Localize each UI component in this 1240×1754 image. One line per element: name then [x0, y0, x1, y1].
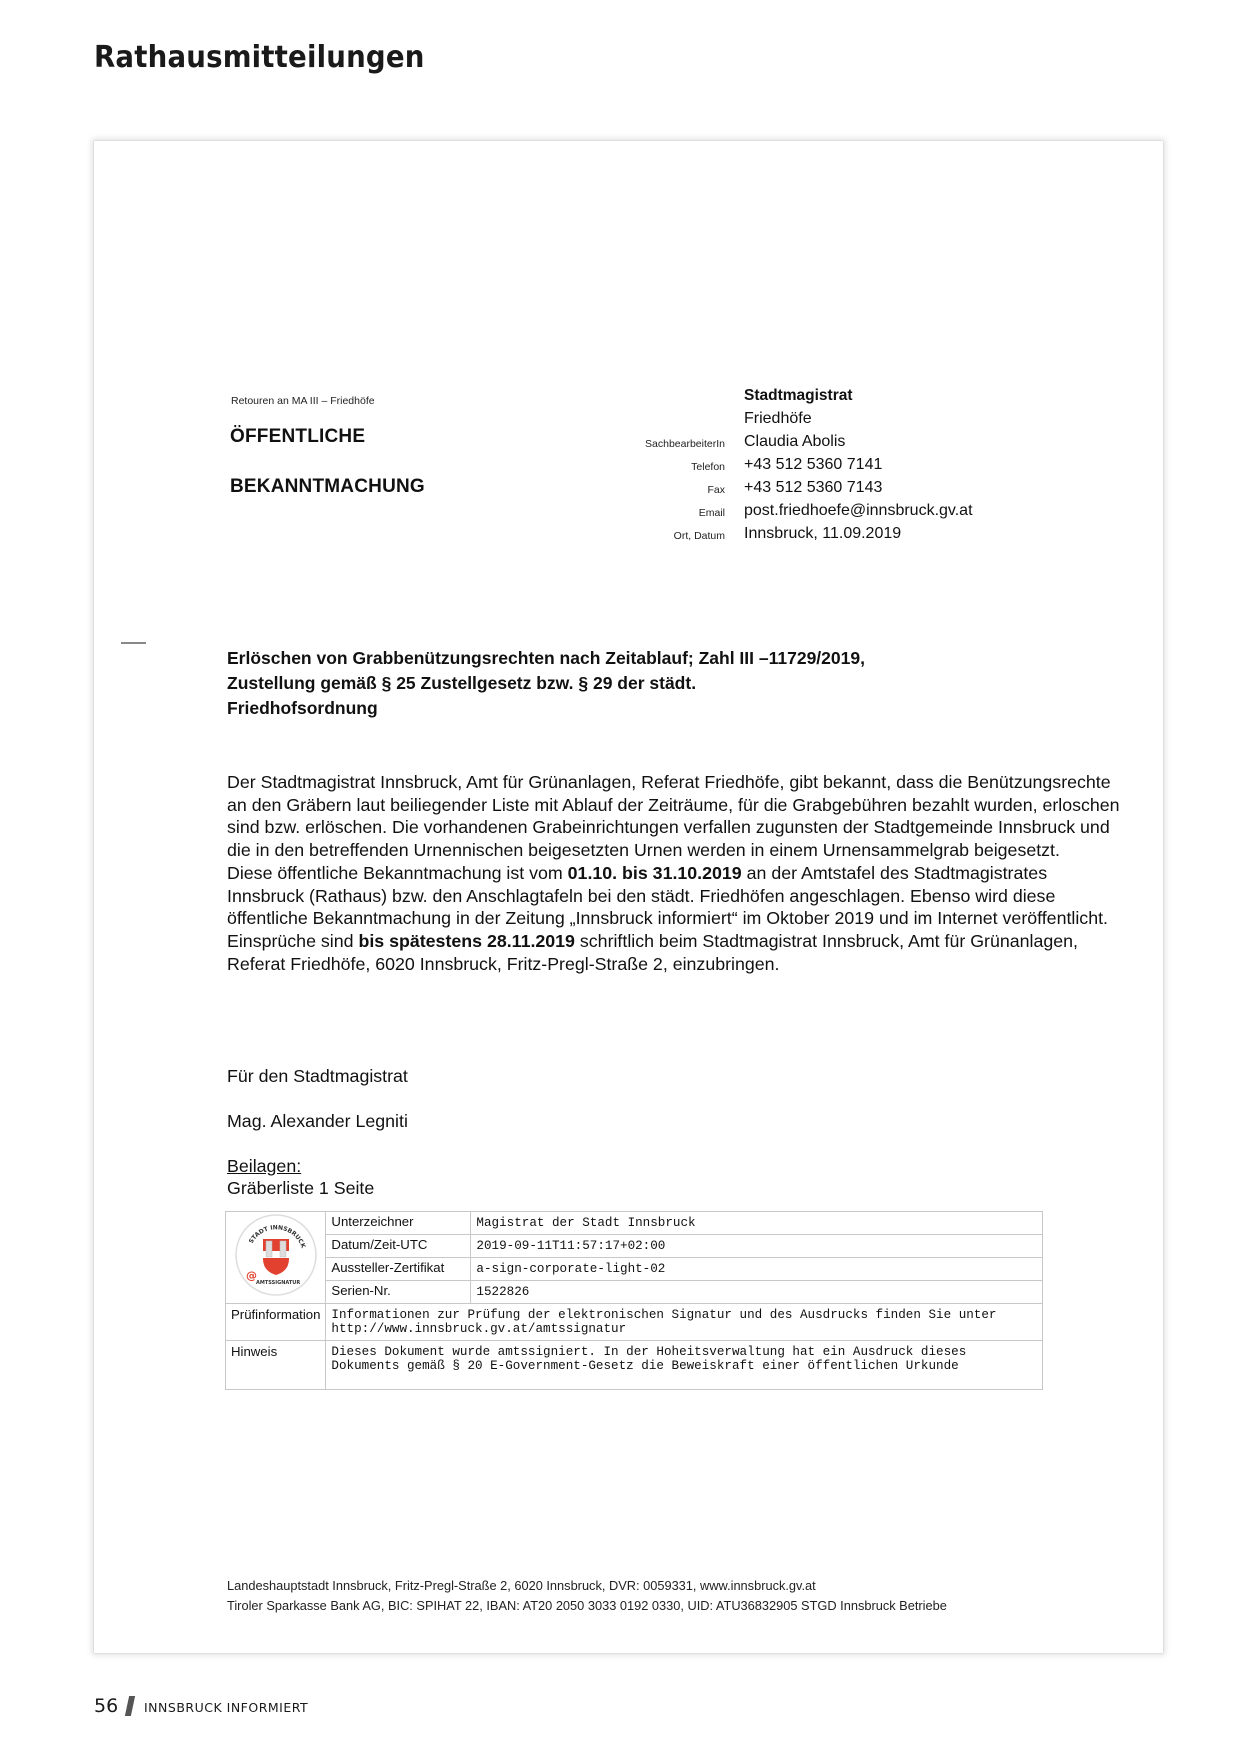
body-paragraph-1: Der Stadtmagistrat Innsbruck, Amt für Gr… — [227, 771, 1127, 862]
sig-label-datetime: Datum/Zeit-UTC — [326, 1235, 471, 1258]
amtssignatur-logo-icon: STADT INNSBRUCK @ AMTSSIGNATUR — [234, 1213, 318, 1297]
contact-label: Fax — [525, 484, 725, 496]
subject-line1: Erlöschen von Grabbenützungsrechten nach… — [227, 646, 1047, 671]
contact-row-caseworker: SachbearbeiterIn Claudia Abolis — [94, 433, 994, 456]
attachments-label: Beilagen: — [227, 1156, 301, 1177]
contact-value: +43 512 5360 7143 — [744, 479, 882, 497]
slash-divider-icon — [125, 1696, 135, 1716]
fold-mark — [121, 642, 146, 644]
contact-row-phone: Telefon +43 512 5360 7141 — [94, 456, 994, 479]
contact-label: Email — [525, 507, 725, 519]
body-paragraph-3: Einsprüche sind bis spätestens 28.11.201… — [227, 930, 1127, 975]
body-paragraph-2: Diese öffentliche Bekanntmachung ist vom… — [227, 862, 1127, 930]
sig-label-signer: Unterzeichner — [326, 1212, 471, 1235]
contact-value[interactable]: post.friedhoefe@innsbruck.gv.at — [744, 502, 973, 520]
sig-label-verification: Prüfinformation — [226, 1304, 326, 1341]
footer-bank: Tiroler Sparkasse Bank AG, BIC: SPIHAT 2… — [227, 1598, 947, 1613]
contact-label: SachbearbeiterIn — [525, 438, 725, 450]
contact-department: Friedhöfe — [744, 410, 812, 428]
attachments-list: Gräberliste 1 Seite — [227, 1178, 374, 1199]
magazine-name: INNSBRUCK INFORMIERT — [144, 1700, 308, 1715]
contact-value: Claudia Abolis — [744, 433, 845, 451]
sig-value-verification: Informationen zur Prüfung der elektronis… — [326, 1304, 1043, 1341]
objection-deadline: bis spätestens 28.11.2019 — [358, 931, 574, 951]
posting-period: 01.10. bis 31.10.2019 — [568, 863, 742, 883]
signature-table: STADT INNSBRUCK @ AMTSSIGNATUR Unterzeic… — [225, 1211, 1043, 1390]
sig-value-note: Dieses Dokument wurde amtssigniert. In d… — [326, 1341, 1043, 1390]
amtssignatur-logo-cell: STADT INNSBRUCK @ AMTSSIGNATUR — [226, 1212, 326, 1304]
text: Einsprüche sind — [227, 931, 358, 951]
sig-label-note: Hinweis — [226, 1341, 326, 1390]
contact-organization: Stadtmagistrat — [744, 387, 853, 405]
svg-text:AMTSSIGNATUR: AMTSSIGNATUR — [256, 1280, 300, 1286]
closing-for: Für den Stadtmagistrat — [227, 1066, 408, 1087]
page-number: 56 — [94, 1695, 118, 1717]
body-text: Der Stadtmagistrat Innsbruck, Amt für Gr… — [227, 771, 1127, 975]
contact-row-fax: Fax +43 512 5360 7143 — [94, 479, 994, 502]
signatory-name: Mag. Alexander Legniti — [227, 1111, 408, 1132]
footer-address: Landeshauptstadt Innsbruck, Fritz-Pregl-… — [227, 1578, 816, 1593]
sig-value-serial: 1522826 — [471, 1281, 1043, 1304]
subject-line2: Zustellung gemäß § 25 Zustellgesetz bzw.… — [227, 671, 1047, 696]
contact-row-email: Email post.friedhoefe@innsbruck.gv.at — [94, 502, 994, 525]
text: Diese öffentliche Bekanntmachung ist vom — [227, 863, 568, 883]
subject-line3: Friedhofsordnung — [227, 696, 1047, 721]
sig-value-certificate: a-sign-corporate-light-02 — [471, 1258, 1043, 1281]
contact-label: Ort, Datum — [525, 530, 725, 542]
sig-value-signer: Magistrat der Stadt Innsbruck — [471, 1212, 1043, 1235]
contact-row-place-date: Ort, Datum Innsbruck, 11.09.2019 — [94, 525, 994, 548]
contact-value: +43 512 5360 7141 — [744, 456, 882, 474]
sig-label-serial: Serien-Nr. — [326, 1281, 471, 1304]
section-title: Rathausmitteilungen — [94, 40, 425, 75]
subject: Erlöschen von Grabbenützungsrechten nach… — [227, 646, 1047, 721]
contact-value: Innsbruck, 11.09.2019 — [744, 525, 901, 543]
sig-label-certificate: Aussteller-Zertifikat — [326, 1258, 471, 1281]
contact-label: Telefon — [525, 461, 725, 473]
letter-page: Retouren an MA III – Friedhöfe ÖFFENTLIC… — [94, 141, 1163, 1653]
sig-value-datetime: 2019-09-11T11:57:17+02:00 — [471, 1235, 1043, 1258]
